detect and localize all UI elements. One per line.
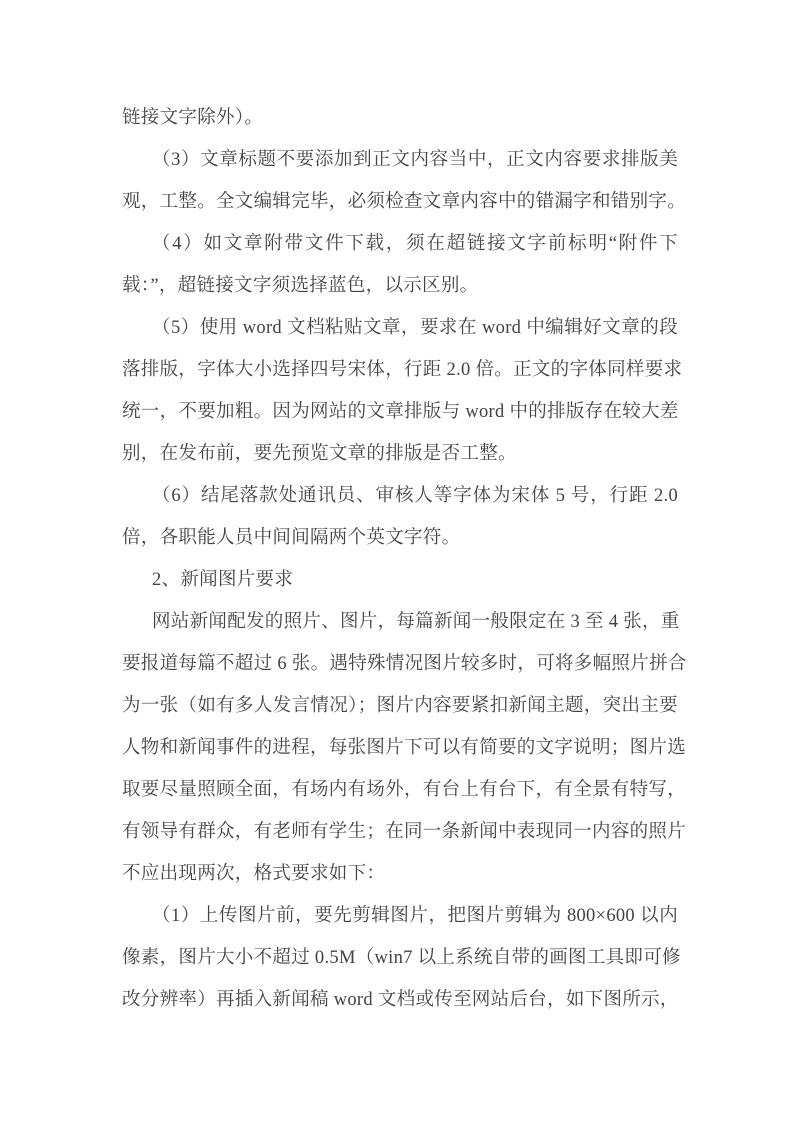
text-line: 2、新闻图片要求 bbox=[122, 559, 678, 601]
text-line: 像素，图片大小不超过 0.5M（win7 以上系统自带的画图工具即可修 bbox=[122, 937, 678, 979]
document-body: 链接文字除外）。 （3）文章标题不要添加到正文内容当中，正文内容要求排版美 观，… bbox=[122, 97, 678, 1021]
text-line: 链接文字除外）。 bbox=[122, 97, 678, 139]
text-line: 载：”，超链接文字须选择蓝色，以示区别。 bbox=[122, 265, 678, 307]
text-line: （3）文章标题不要添加到正文内容当中，正文内容要求排版美 bbox=[122, 139, 678, 181]
text-line: 取要尽量照顾全面，有场内有场外，有台上有台下，有全景有特写， bbox=[122, 769, 678, 811]
text-line: 为一张（如有多人发言情况）；图片内容要紧扣新闻主题，突出主要 bbox=[122, 685, 678, 727]
text-line: 别，在发布前，要先预览文章的排版是否工整。 bbox=[122, 433, 678, 475]
text-line: 不应出现两次，格式要求如下： bbox=[122, 853, 678, 895]
text-line: 要报道每篇不超过 6 张。遇特殊情况图片较多时，可将多幅照片拼合 bbox=[122, 643, 678, 685]
text-line: 观，工整。全文编辑完毕，必须检查文章内容中的错漏字和错别字。 bbox=[122, 181, 678, 223]
text-line: （1）上传图片前，要先剪辑图片，把图片剪辑为 800×600 以内 bbox=[122, 895, 678, 937]
text-line: 落排版，字体大小选择四号宋体，行距 2.0 倍。正文的字体同样要求 bbox=[122, 349, 678, 391]
document-page: 链接文字除外）。 （3）文章标题不要添加到正文内容当中，正文内容要求排版美 观，… bbox=[0, 0, 799, 1131]
text-line: （6）结尾落款处通讯员、审核人等字体为宋体 5 号，行距 2.0 bbox=[122, 475, 678, 517]
text-line: 倍，各职能人员中间间隔两个英文字符。 bbox=[122, 517, 678, 559]
text-line: 统一，不要加粗。因为网站的文章排版与 word 中的排版存在较大差 bbox=[122, 391, 678, 433]
text-line: （5）使用 word 文档粘贴文章，要求在 word 中编辑好文章的段 bbox=[122, 307, 678, 349]
text-line: 网站新闻配发的照片、图片，每篇新闻一般限定在 3 至 4 张，重 bbox=[122, 601, 678, 643]
text-line: （4）如文章附带文件下载，须在超链接文字前标明“附件下 bbox=[122, 223, 678, 265]
text-line: 改分辨率）再插入新闻稿 word 文档或传至网站后台，如下图所示， bbox=[122, 979, 678, 1021]
text-line: 人物和新闻事件的进程，每张图片下可以有简要的文字说明；图片选 bbox=[122, 727, 678, 769]
text-line: 有领导有群众，有老师有学生；在同一条新闻中表现同一内容的照片 bbox=[122, 811, 678, 853]
